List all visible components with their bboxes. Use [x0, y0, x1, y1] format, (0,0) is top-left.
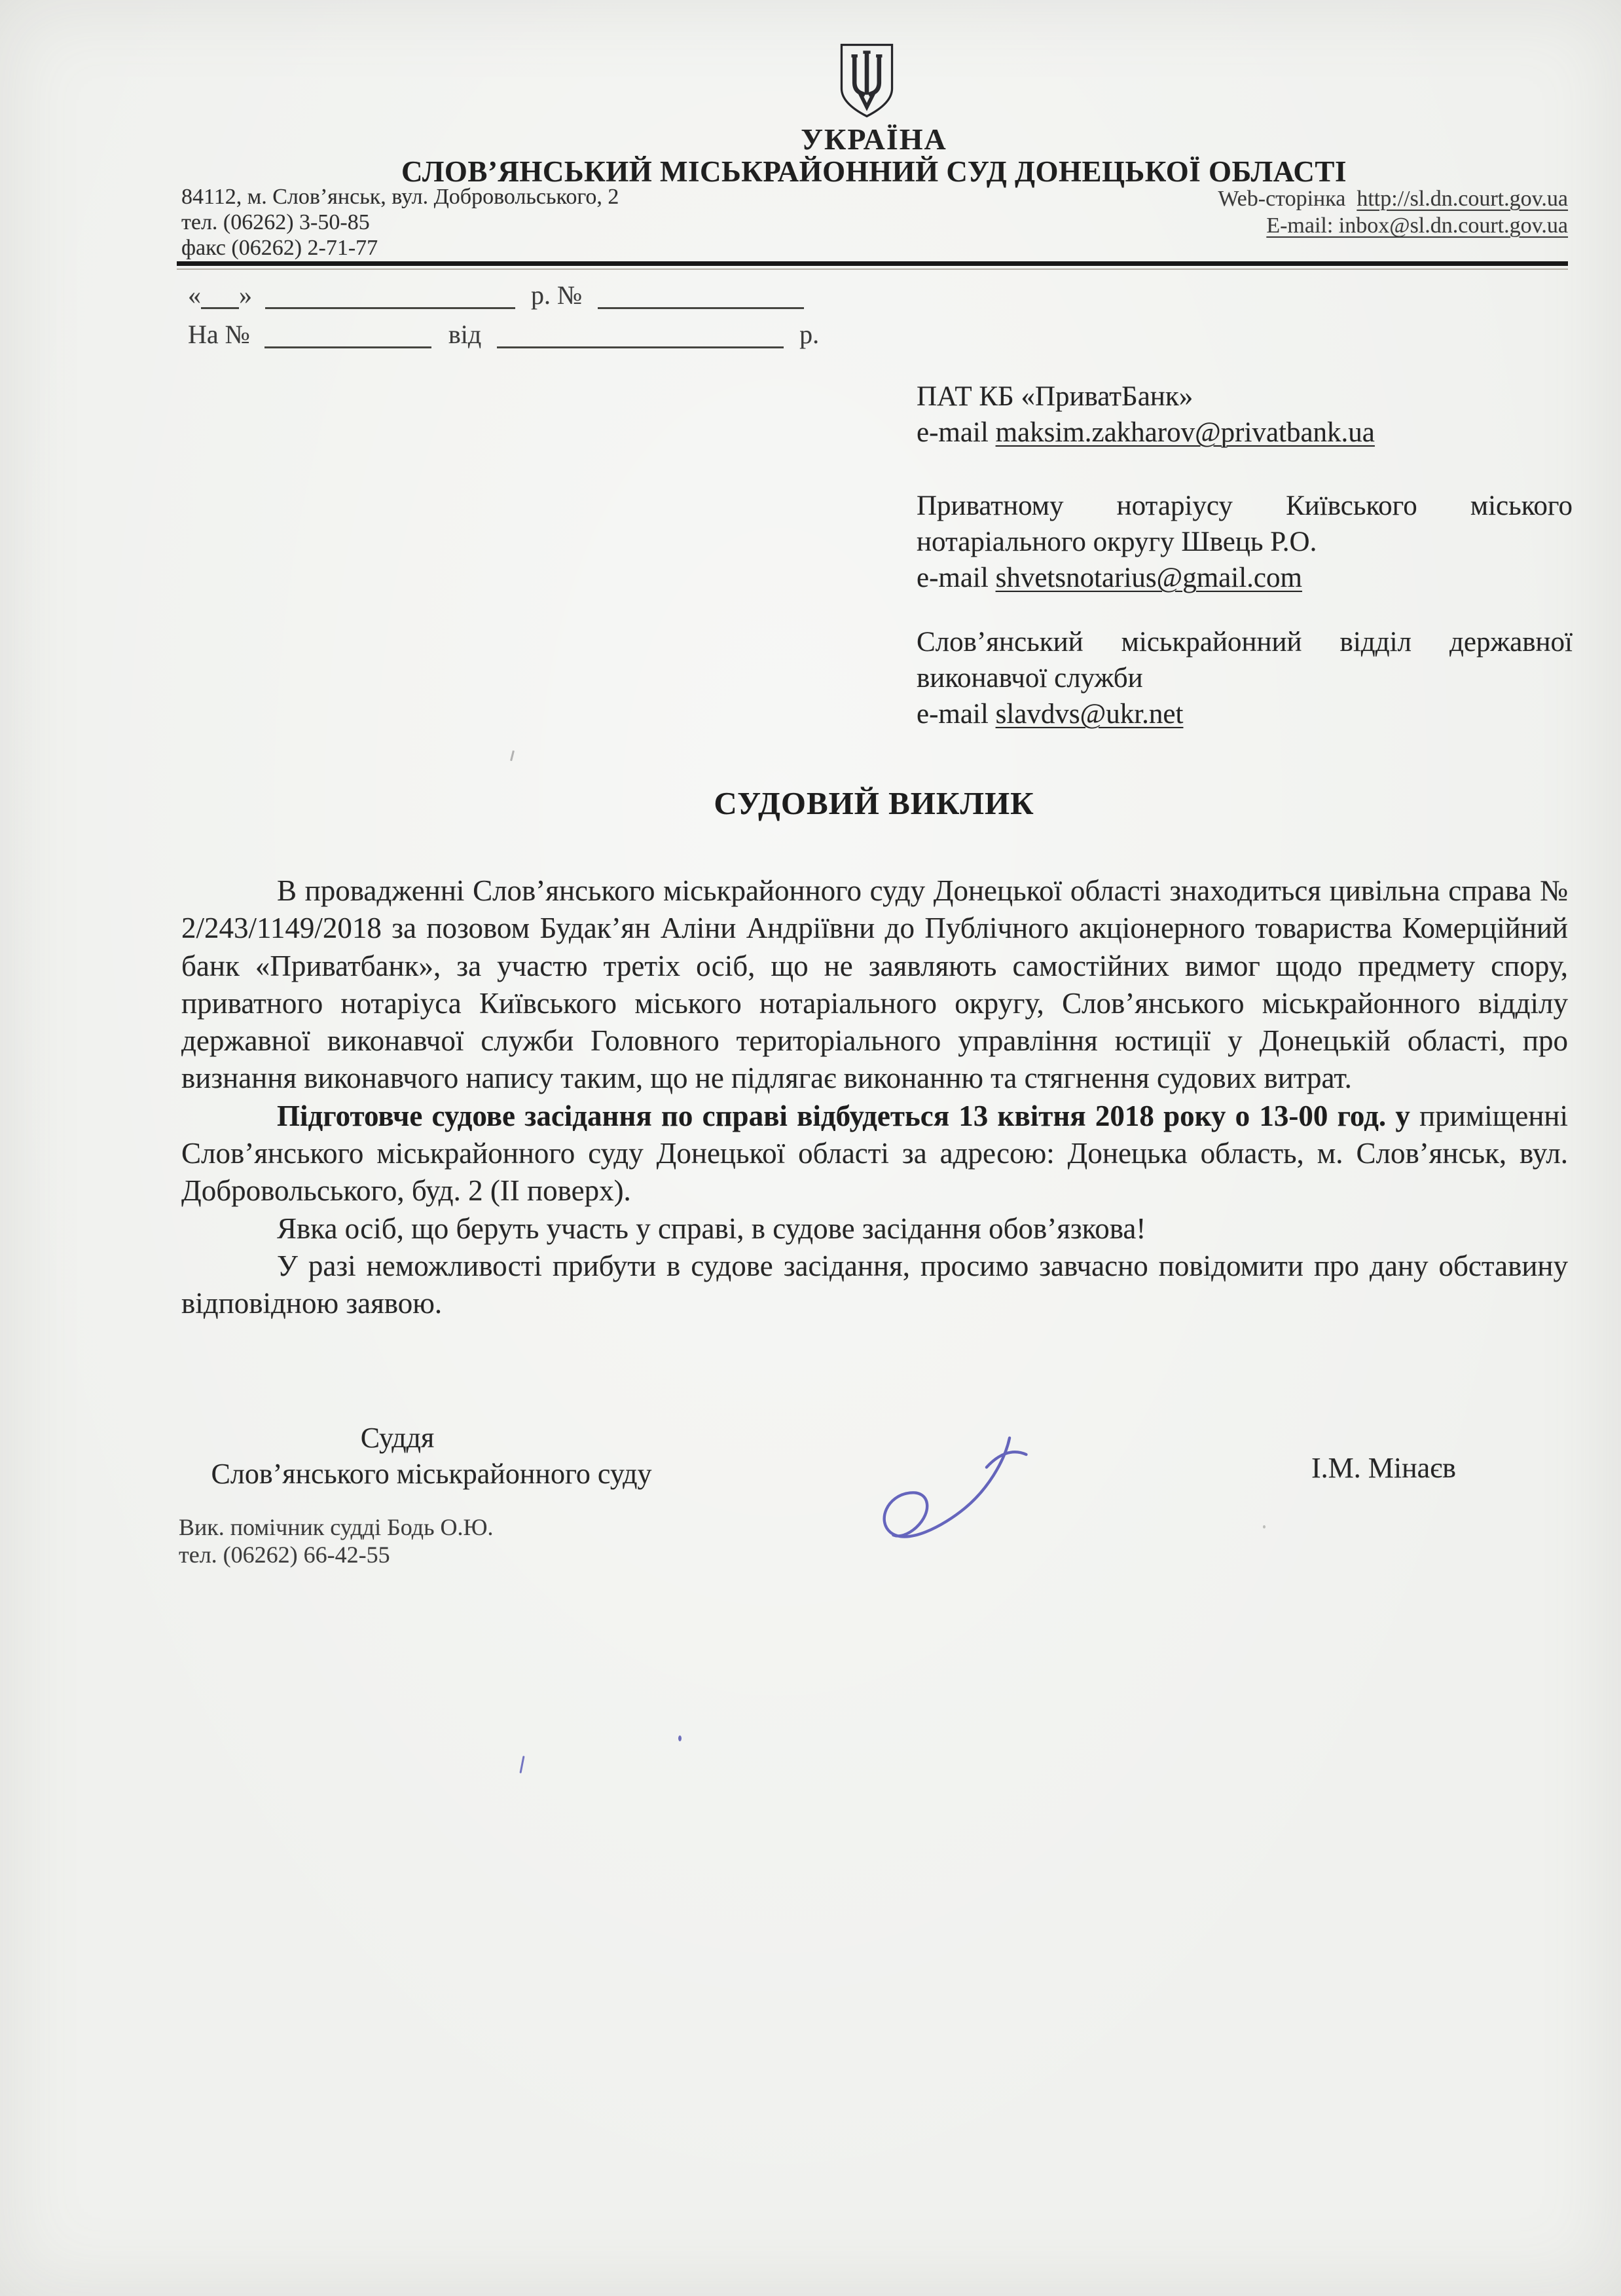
recipient-email-link[interactable]: slavdvs@ukr.net — [996, 699, 1184, 730]
recipient-name: ПАТ КБ «ПриватБанк» — [917, 379, 1573, 415]
close-quote: » — [239, 280, 252, 310]
body-paragraph-notice: У разі неможливості прибути в судове зас… — [181, 1248, 1568, 1323]
blank-number-field — [598, 282, 804, 309]
ink-speck — [519, 1756, 524, 1773]
email-label: e-mail — [917, 417, 989, 448]
year-suffix-label: р. — [799, 320, 819, 349]
recipient-executive-service: Слов’янський міськрайонний відділ держав… — [917, 624, 1573, 732]
email-label: e-mail — [917, 563, 989, 593]
handwritten-signature — [859, 1429, 1055, 1563]
incoming-prefix-label: На № — [188, 320, 250, 349]
incoming-number-line: На № від р. — [188, 319, 819, 350]
blank-incoming-number — [264, 322, 431, 348]
court-website-link[interactable]: http://sl.dn.court.gov.ua — [1357, 187, 1568, 211]
body-paragraph-case: В провадженні Слов’янського міськрайонно… — [181, 872, 1568, 1098]
blank-day-field — [201, 282, 239, 309]
ink-speck — [678, 1735, 682, 1741]
web-label: Web-сторінка — [1218, 187, 1345, 211]
recipient-email-link[interactable]: maksim.zakharov@privatbank.ua — [996, 417, 1375, 448]
scan-artifact — [510, 750, 515, 761]
recipient-name-line1: Приватному нотаріусу Київського міського — [917, 488, 1573, 524]
court-phone: тел. (06262) 3-50-85 — [181, 210, 619, 235]
clerk-phone: тел. (06262) 66-42-55 — [179, 1541, 494, 1568]
judge-role-line2: Слов’янського міськрайонного суду — [180, 1456, 683, 1492]
letterhead-divider — [177, 261, 1568, 266]
clerk-block: Вик. помічник судді Бодь О.Ю. тел. (0626… — [179, 1513, 494, 1568]
recipient-name-line1: Слов’янський міськрайонний відділ держав… — [917, 624, 1573, 660]
court-email-link[interactable]: E-mail: inbox@sl.dn.court.gov.ua — [1266, 213, 1568, 238]
document-body: В провадженні Слов’янського міськрайонно… — [181, 872, 1568, 1323]
blank-incoming-date — [497, 322, 784, 348]
date-suffix-label: р. № — [531, 280, 582, 310]
court-fax: факс (06262) 2-71-77 — [181, 235, 619, 261]
outgoing-date-line: «» р. № — [188, 280, 819, 310]
recipient-privatbank: ПАТ КБ «ПриватБанк» e-mail maksim.zakhar… — [917, 379, 1573, 451]
scanned-court-summons-page: УКРАЇНА СЛОВ’ЯНСЬКИЙ МІСЬКРАЙОННИЙ СУД Д… — [0, 0, 1621, 2296]
email-label: e-mail — [917, 699, 989, 730]
country-name: УКРАЇНА — [180, 122, 1568, 157]
body-paragraph-attendance: Явка осіб, що беруть участь у справі, в … — [181, 1210, 1568, 1248]
court-contact-block: 84112, м. Слов’янськ, вул. Добровольсько… — [181, 184, 619, 261]
recipient-name-line2: нотаріального округу Швець Р.О. — [917, 524, 1573, 560]
court-address: 84112, м. Слов’янськ, вул. Добровольсько… — [181, 184, 619, 210]
ukraine-trident-shield-icon — [836, 42, 898, 119]
letterhead-divider-shadow — [177, 268, 1568, 270]
blank-month-field — [265, 282, 515, 309]
reference-fields: «» р. № На № від р. — [188, 280, 819, 358]
document-title: СУДОВИЙ ВИКЛИК — [180, 785, 1568, 822]
recipients-block: ПАТ КБ «ПриватБанк» e-mail maksim.zakhar… — [917, 379, 1573, 769]
recipient-notary: Приватному нотаріусу Київського міського… — [917, 488, 1573, 596]
open-quote: « — [188, 280, 201, 310]
judge-name: І.М. Мінаєв — [1311, 1451, 1456, 1485]
body-paragraph-hearing: Підготовче судове засідання по справі ві… — [181, 1098, 1568, 1210]
recipient-name-line2: виконавчої служби — [917, 660, 1573, 696]
scan-artifact — [1263, 1525, 1266, 1528]
hearing-datetime-bold: Підготовче судове засідання по справі ві… — [277, 1100, 1410, 1132]
from-label: від — [448, 320, 481, 349]
recipient-email-link[interactable]: shvetsnotarius@gmail.com — [996, 563, 1302, 593]
judge-role-block: Суддя Слов’янського міськрайонного суду — [180, 1420, 683, 1492]
judge-role-line1: Суддя — [146, 1420, 649, 1456]
clerk-name: Вик. помічник судді Бодь О.Ю. — [179, 1513, 494, 1541]
court-web-contacts: Web-сторінка http://sl.dn.court.gov.ua E… — [1218, 185, 1568, 239]
